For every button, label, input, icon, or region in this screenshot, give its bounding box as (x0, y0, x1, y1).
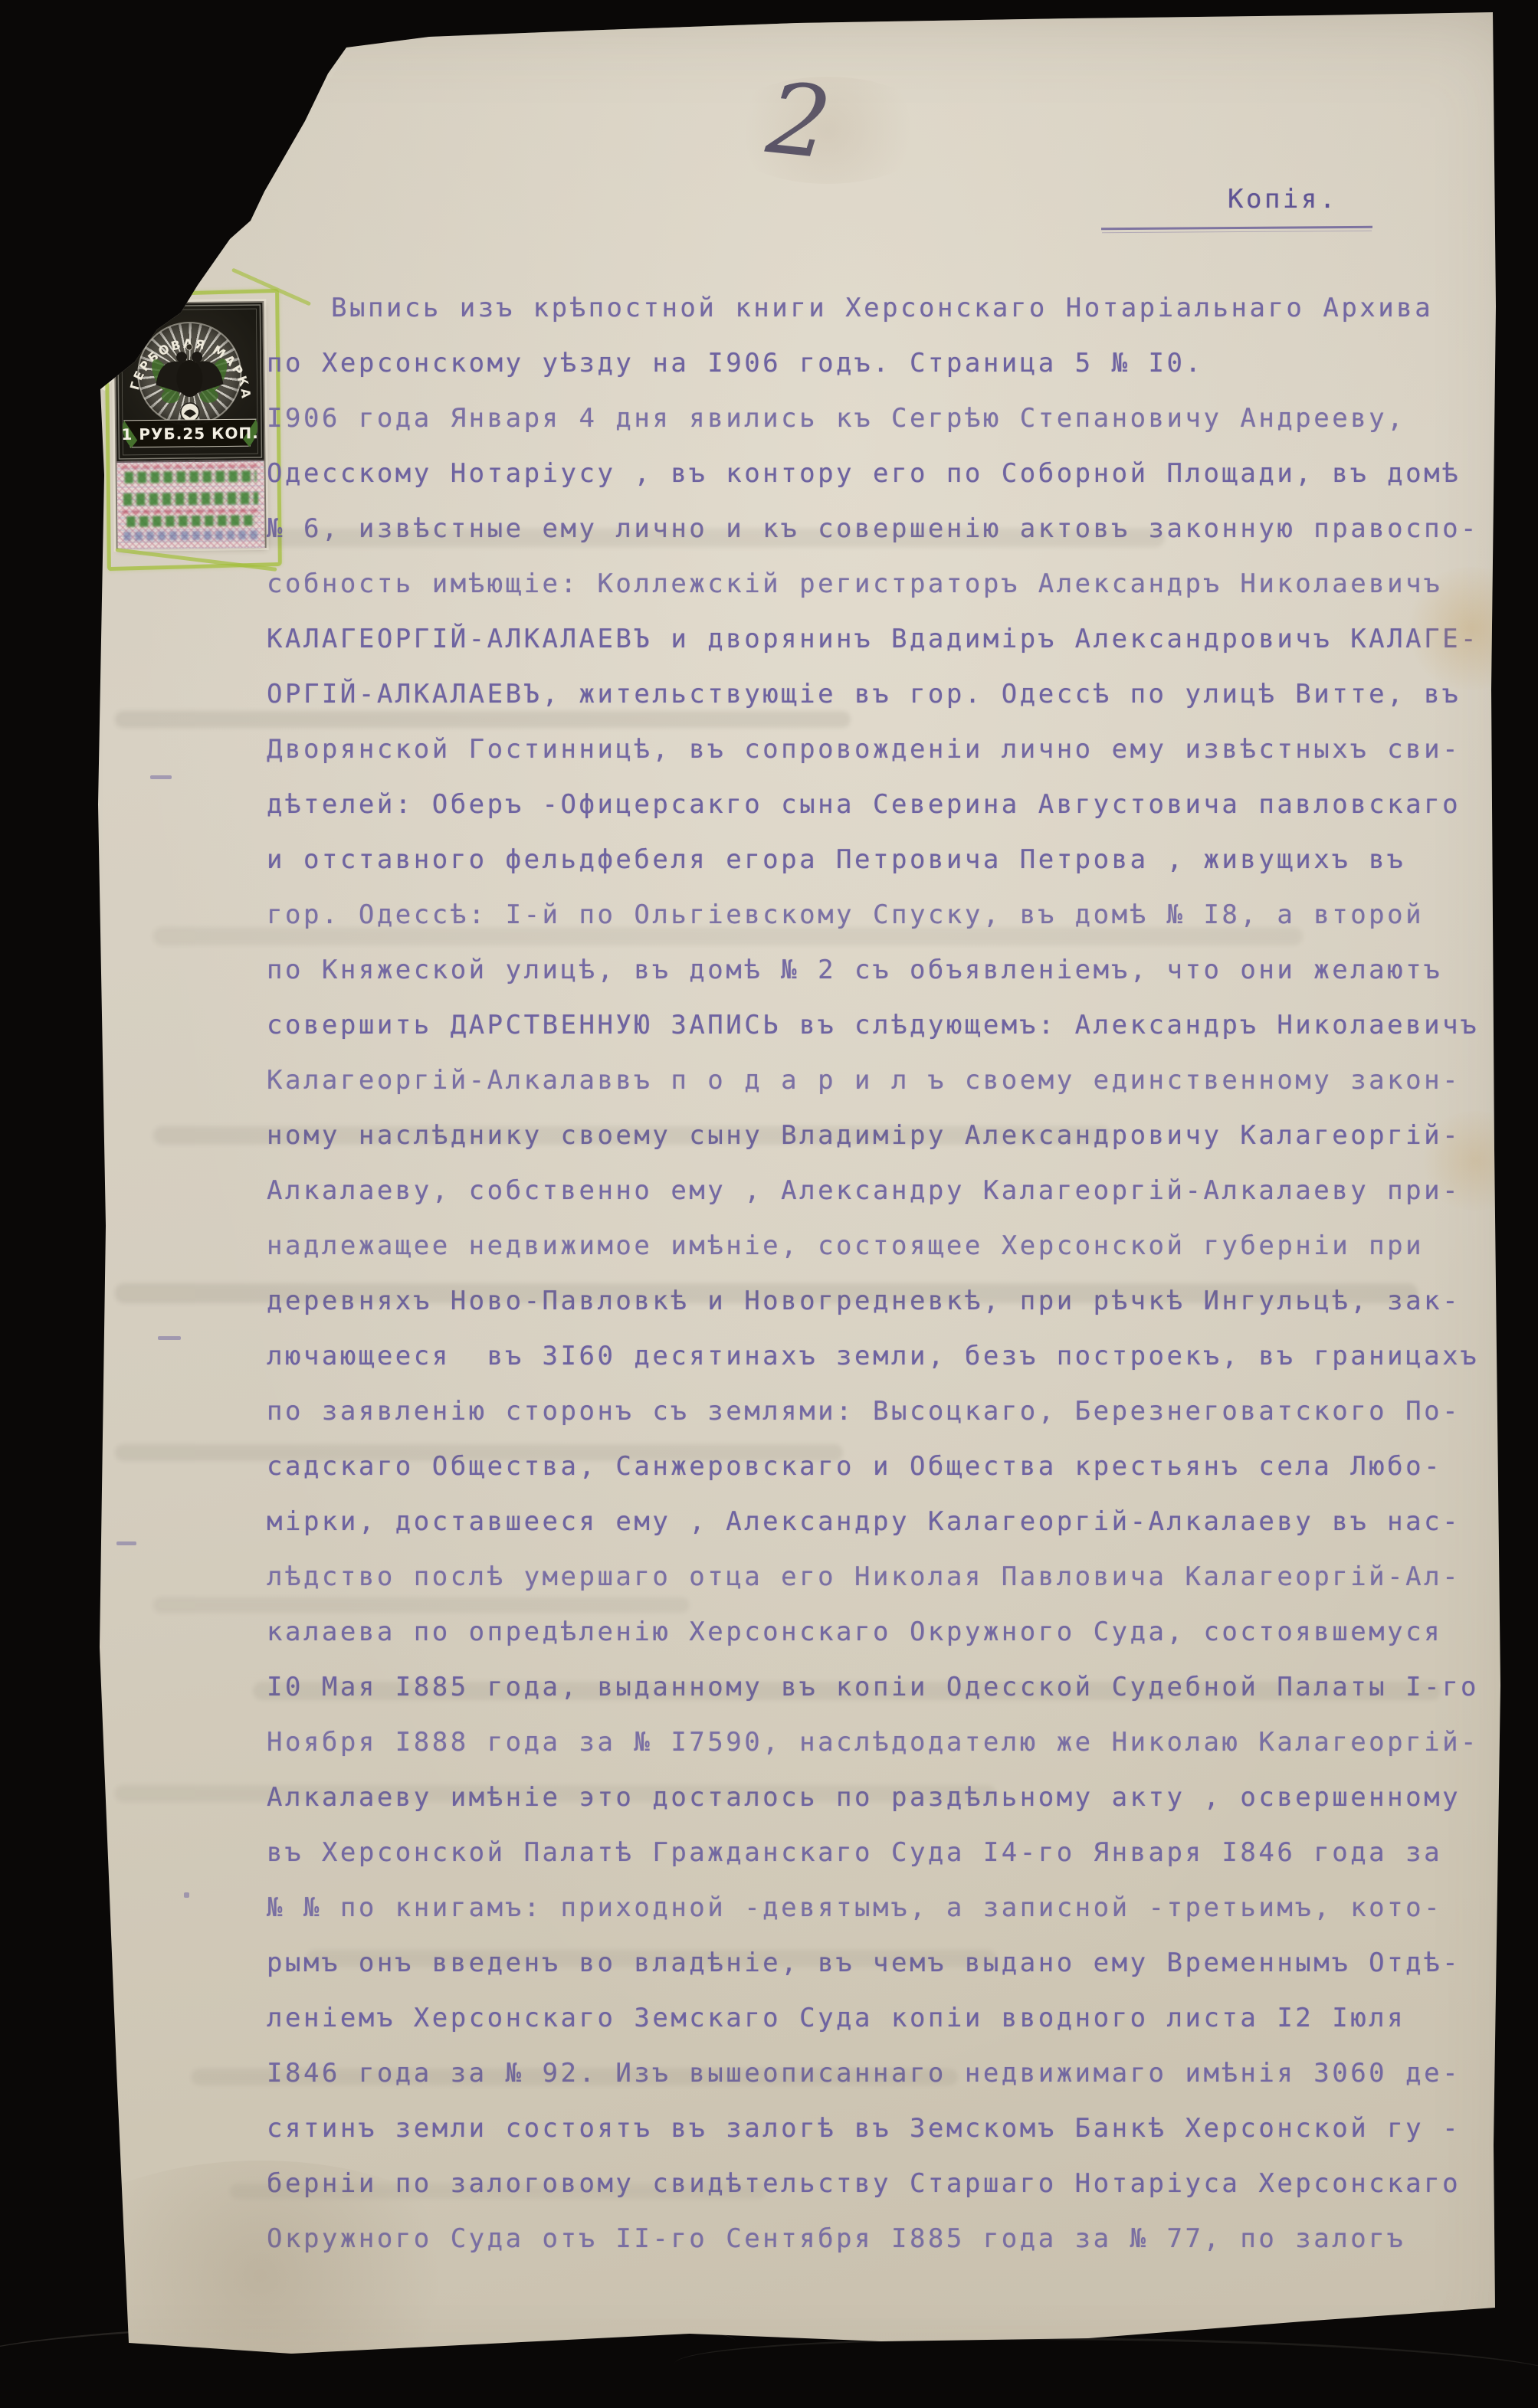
ink-bleedthrough (115, 1444, 843, 1461)
document-line: леніемъ Херсонскаго Земскаго Суда копіи … (267, 1990, 1500, 2046)
ink-bleedthrough (115, 1785, 996, 1802)
document-page: 2 Копія. ГЕРБОВАЯ МАРКА (0, 0, 1538, 2408)
document-line: и отставного фельдфебеля егора Петровича… (267, 832, 1500, 887)
ink-bleedthrough (307, 1950, 996, 1967)
ink-bleedthrough (261, 529, 1165, 547)
backdrop-wrinkle (674, 2332, 1538, 2408)
document-line: по Княжеской улицѣ, въ домѣ № 2 съ объяв… (267, 942, 1500, 998)
document-line: лючающееся въ 3I60 десятинахъ земли, без… (267, 1328, 1500, 1384)
document-line: совершить ДАРСТВЕННУЮ ЗАПИСЬ въ слѣдующе… (267, 998, 1500, 1053)
document-line: сятинъ земли состоятъ въ залогѣ въ Земск… (267, 2101, 1500, 2156)
document-line: Одесскому Нотаріусу , въ контору его по … (267, 446, 1500, 501)
document-line: по заявленію сторонъ съ землями: Высоцка… (267, 1384, 1500, 1439)
ink-bleedthrough (253, 1682, 1441, 1700)
document-line: КАЛАГЕОРГІЙ-АЛКАЛАЕВЪ и дворянинъ Вдадим… (267, 611, 1500, 667)
document-text: Выпись изъ крѣпостной книги Херсонскаго … (267, 280, 1500, 2266)
document-line: въ Херсонской Палатѣ Гражданскаго Суда I… (267, 1825, 1500, 1880)
ink-bleedthrough (153, 927, 1303, 945)
document-line: Выпись изъ крѣпостной книги Херсонскаго … (267, 280, 1500, 336)
margin-dash (116, 1541, 136, 1545)
paper-stain (1402, 567, 1538, 690)
document-line: № № по книгамъ: приходной -девятымъ, а з… (267, 1880, 1500, 1935)
ink-bleedthrough (153, 1126, 1111, 1145)
ink-bleedthrough (192, 2069, 958, 2085)
margin-dash (158, 1336, 181, 1340)
document-line: мірки, доставшееся ему , Александру Кала… (267, 1494, 1500, 1549)
document-line: Алкалаеву, собственно ему , Александру К… (267, 1163, 1500, 1218)
margin-dash (150, 775, 172, 779)
document-line: лѣдство послѣ умершаго отца его Николая … (267, 1549, 1500, 1604)
document-line: Дворянской Гостинницѣ, въ сопровожденіи … (267, 722, 1500, 777)
paper-stain (720, 77, 935, 184)
margin-dot (184, 1892, 189, 1898)
document-line: Ноября I888 года за № I7590, наслѣдодате… (267, 1715, 1500, 1770)
document-line: Калагеоргій-Алкалаввъ п о д а р и л ъ св… (267, 1053, 1500, 1108)
green-crayon-frame (104, 289, 282, 571)
copy-label: Копія. (1228, 184, 1338, 215)
ink-bleedthrough (115, 1283, 1418, 1303)
ink-bleedthrough (153, 1597, 690, 1613)
document-line: I906 года Января 4 дня явились къ Сегрѣю… (267, 391, 1500, 446)
document-line: дѣтелей: Оберъ -Офицерсакго сына Северин… (267, 777, 1500, 832)
paper-stain (1418, 1111, 1533, 1211)
document-line: надлежащее недвижимое имѣніе, состоящее … (267, 1218, 1500, 1273)
copy-label-underline (1101, 226, 1372, 230)
scan-background: 2 Копія. ГЕРБОВАЯ МАРКА (0, 0, 1538, 2408)
ink-bleedthrough (230, 2184, 766, 2199)
ink-bleedthrough (115, 711, 851, 728)
document-line: собность имѣющіе: Коллежскій регистратор… (267, 556, 1500, 611)
document-line: по Херсонскому уѣзду на I906 годъ. Стран… (267, 336, 1500, 391)
